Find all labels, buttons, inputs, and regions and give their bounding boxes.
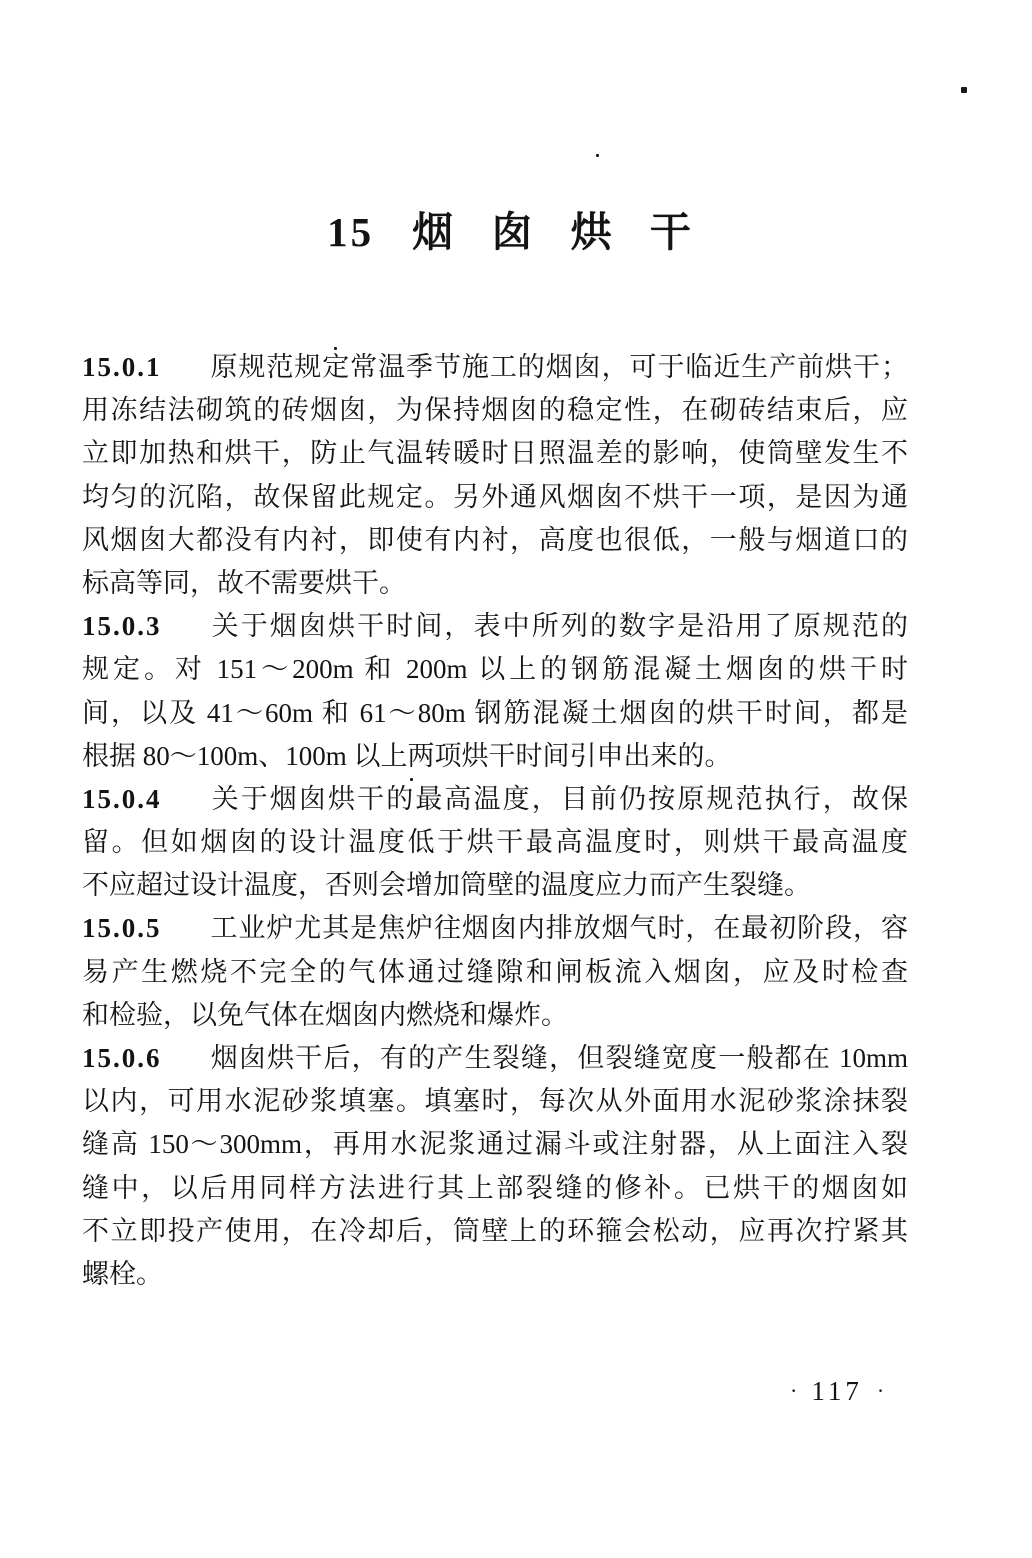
text-line: 均匀的沉陷，故保留此规定。另外通风烟囱不烘干一项，是因为通 xyxy=(82,476,908,519)
page-footer: ·117· xyxy=(790,1374,884,1408)
text-line: 不立即投产使用，在冷却后，筒壁上的环箍会松动，应再次拧紧其 xyxy=(82,1210,908,1253)
paragraph-15-0-1: 15.0.1原规范规定常温季节施工的烟囱，可于临近生产前烘干；用冻结法砌筑的砖烟… xyxy=(82,346,908,605)
section-number: 15.0.6 xyxy=(82,1043,162,1073)
text-line: 规定。对 151～200m 和 200m 以上的钢筋混凝土烟囱的烘干时 xyxy=(82,648,908,691)
text-line: 和检验，以免气体在烟囱内燃烧和爆炸。 xyxy=(82,994,908,1037)
paragraph-15-0-5: 15.0.5工业炉尤其是焦炉往烟囱内排放烟气时，在最初阶段，容易产生燃烧不完全的… xyxy=(82,907,908,1037)
section-number: 15.0.4 xyxy=(82,784,162,814)
text-line: 易产生燃烧不完全的气体通过缝隙和闸板流入烟囱，应及时检查 xyxy=(82,951,908,994)
text-line: 以内，可用水泥砂浆填塞。填塞时，每次从外面用水泥砂浆涂抹裂 xyxy=(82,1080,908,1123)
page-number: 117 xyxy=(811,1376,863,1406)
text-line: 留。但如烟囱的设计温度低于烘干最高温度时，则烘干最高温度 xyxy=(82,821,908,864)
chapter-title-text: 烟 囱 烘 干 xyxy=(412,209,705,255)
footer-dot-right: · xyxy=(877,1378,884,1403)
section-number: 15.0.5 xyxy=(82,913,162,943)
chapter-number: 15 xyxy=(327,209,374,255)
text-line: 15.0.5工业炉尤其是焦炉往烟囱内排放烟气时，在最初阶段，容 xyxy=(82,907,908,950)
paragraph-15-0-6: 15.0.6烟囱烘干后，有的产生裂缝，但裂缝宽度一般都在 10mm以内，可用水泥… xyxy=(82,1037,908,1296)
footer-dot-left: · xyxy=(790,1378,797,1403)
text-line: 缝中，以后用同样方法进行其上部裂缝的修补。已烘干的烟囱如 xyxy=(82,1167,908,1210)
section-number: 15.0.1 xyxy=(82,352,162,382)
scan-speck xyxy=(596,154,599,157)
text-line: 标高等同，故不需要烘干。 xyxy=(82,562,908,605)
text-line: 立即加热和烘干，防止气温转暖时日照温差的影响，使筒壁发生不 xyxy=(82,432,908,475)
text-line: 15.0.6烟囱烘干后，有的产生裂缝，但裂缝宽度一般都在 10mm xyxy=(82,1037,908,1080)
text-line: 15.0.1原规范规定常温季节施工的烟囱，可于临近生产前烘干； xyxy=(82,346,908,389)
text-line: 15.0.3关于烟囱烘干时间，表中所列的数字是沿用了原规范的 xyxy=(82,605,908,648)
text-line: 缝高 150～300mm，再用水泥浆通过漏斗或注射器，从上面注入裂 xyxy=(82,1123,908,1166)
text-line: 根据 80～100m、100m 以上两项烘干时间引申出来的。 xyxy=(82,735,908,778)
text-line: 间，以及 41～60m 和 61～80m 钢筋混凝土烟囱的烘干时间，都是 xyxy=(82,692,908,735)
text-line: 不应超过设计温度，否则会增加筒壁的温度应力而产生裂缝。 xyxy=(82,864,908,907)
scan-speck xyxy=(961,87,967,93)
paragraph-15-0-4: 15.0.4关于烟囱烘干的最高温度，目前仍按原规范执行，故保留。但如烟囱的设计温… xyxy=(82,778,908,908)
section-number: 15.0.3 xyxy=(82,611,162,641)
text-line: 用冻结法砌筑的砖烟囱，为保持烟囱的稳定性，在砌砖结束后，应 xyxy=(82,389,908,432)
chapter-title: 15烟 囱 烘 干 xyxy=(0,205,1032,259)
paragraph-15-0-3: 15.0.3关于烟囱烘干时间，表中所列的数字是沿用了原规范的规定。对 151～2… xyxy=(82,605,908,778)
text-line: 15.0.4关于烟囱烘干的最高温度，目前仍按原规范执行，故保 xyxy=(82,778,908,821)
text-line: 风烟囱大都没有内衬，即使有内衬，高度也很低，一般与烟道口的 xyxy=(82,519,908,562)
document-body: 15.0.1原规范规定常温季节施工的烟囱，可于临近生产前烘干；用冻结法砌筑的砖烟… xyxy=(82,346,908,1296)
text-line: 螺栓。 xyxy=(82,1253,908,1296)
document-page: 15烟 囱 烘 干 15.0.1原规范规定常温季节施工的烟囱，可于临近生产前烘干… xyxy=(0,0,1032,1558)
